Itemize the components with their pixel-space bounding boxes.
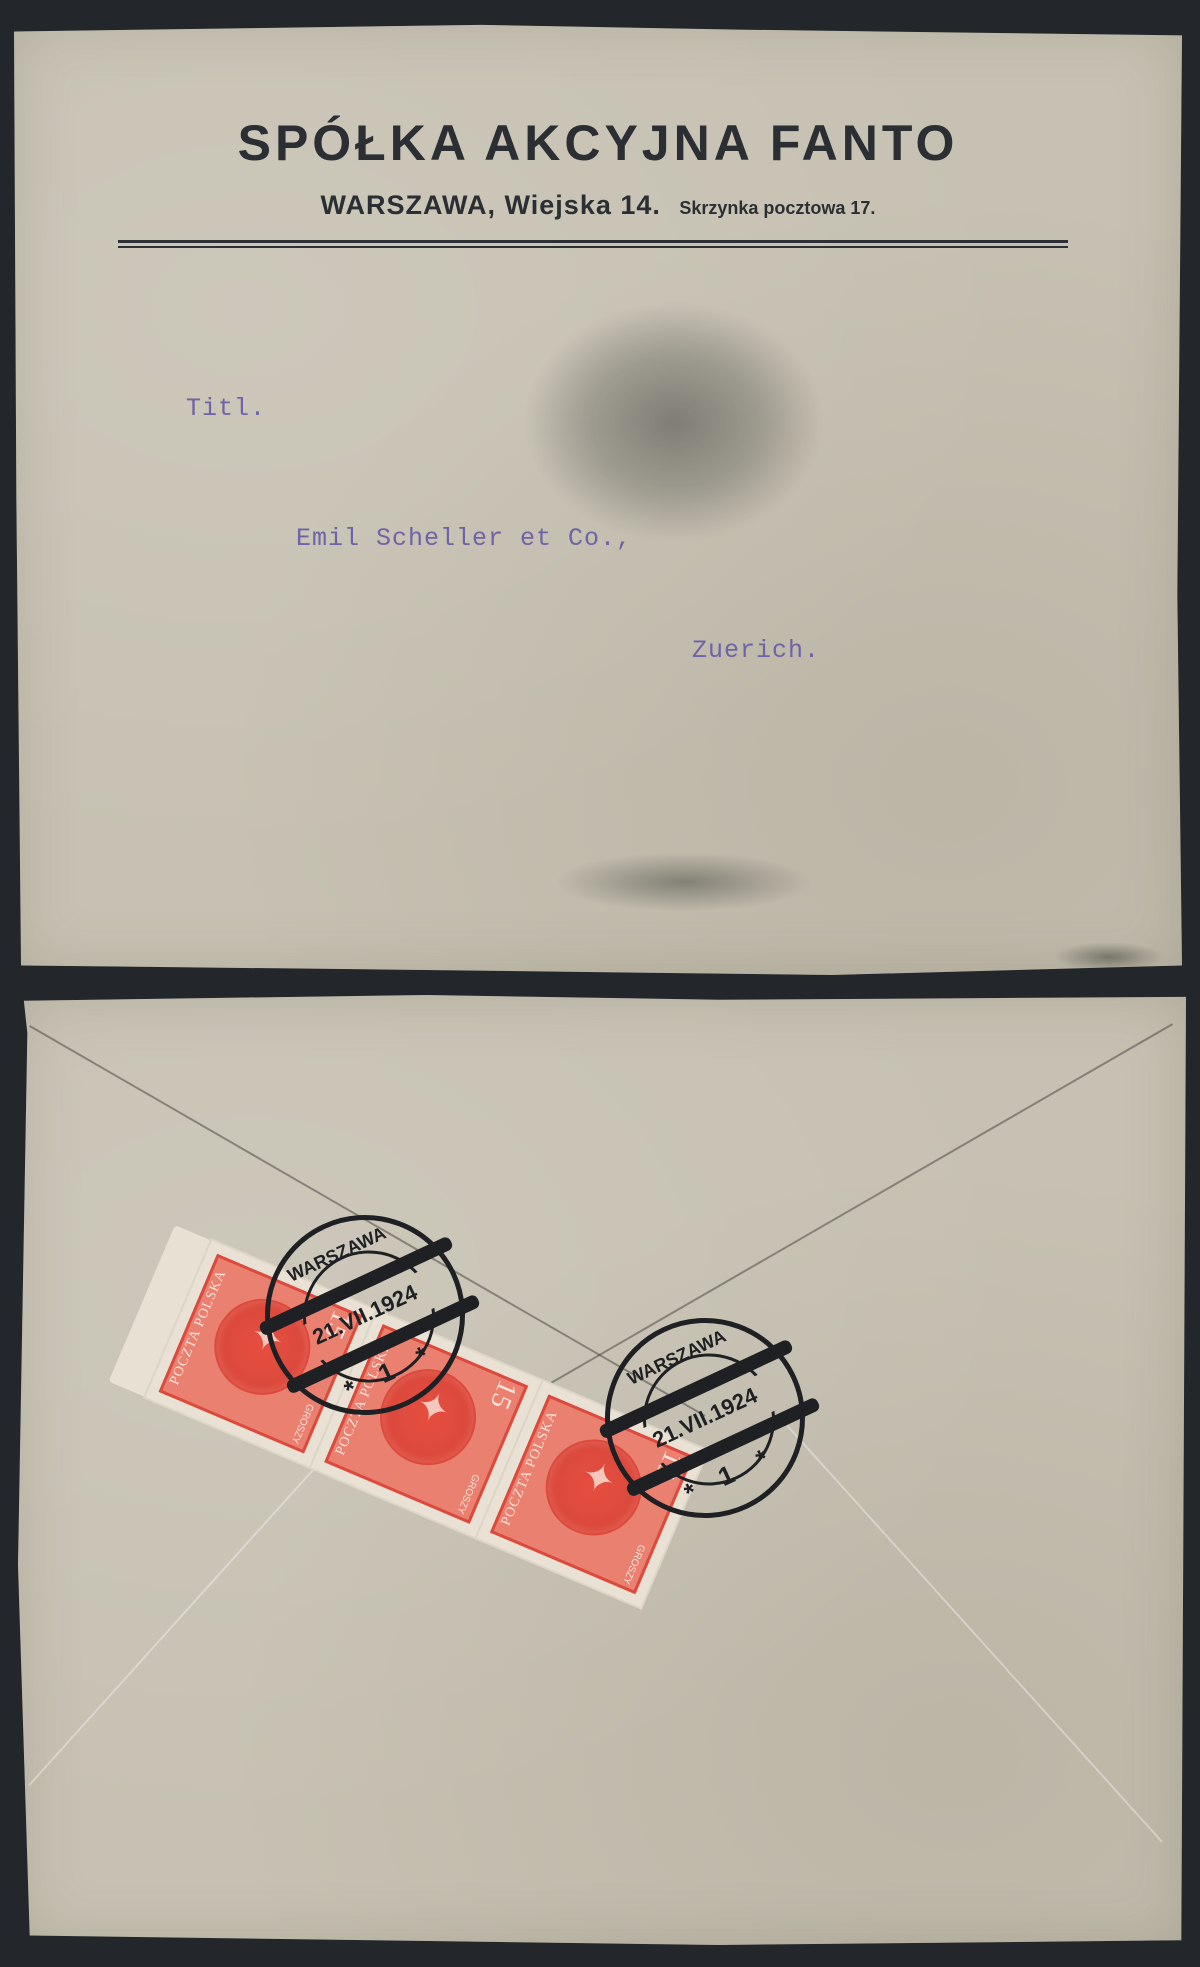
flap-fold-right [549, 1024, 1173, 1385]
letterhead-address: WARSZAWA, Wiejska 14. [321, 190, 661, 220]
letterhead-address-line: WARSZAWA, Wiejska 14. Skrzynka pocztowa … [14, 190, 1182, 221]
letterhead-po-box: Skrzynka pocztowa 17. [679, 198, 875, 218]
ink-smudge-bottom [554, 852, 814, 912]
recipient-salutation: Titl. [186, 394, 266, 423]
letterhead-rule-top [118, 240, 1068, 243]
recipient-name: Emil Scheller et Co., [296, 524, 632, 553]
flap-fold-lower-right [787, 1425, 1163, 1842]
ink-smudge-corner [1054, 942, 1164, 972]
letterhead-company-name: SPÓŁKA AKCYJNA FANTO [14, 114, 1182, 172]
letterhead-rule-bottom [118, 246, 1068, 248]
envelope-front: SPÓŁKA AKCYJNA FANTO WARSZAWA, Wiejska 1… [14, 22, 1182, 975]
ink-smudge-cancel [524, 302, 824, 542]
recipient-city: Zuerich. [692, 636, 820, 665]
